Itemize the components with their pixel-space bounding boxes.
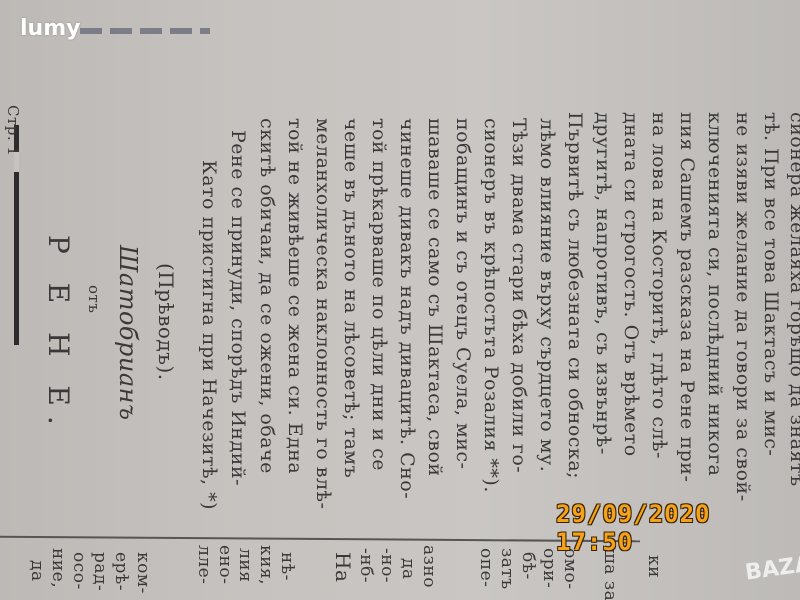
page-ref: Стр. 1 xyxy=(4,105,22,156)
page-edge-print xyxy=(80,28,210,34)
date-timestamp: 29/09/2020 17:50 xyxy=(556,500,800,556)
column-divider xyxy=(0,536,640,542)
newspaper-photo: lumy Стр. 1 да ние, осо- рад- ерѣ- ком- … xyxy=(0,0,800,600)
article-by: отъ xyxy=(85,285,103,313)
article-note: (Прѣводъ). xyxy=(154,263,178,381)
lumy-watermark: lumy xyxy=(20,16,80,41)
article-author: Шатобрианъ xyxy=(114,245,142,420)
article-title: Р Е Н Е. xyxy=(42,235,75,435)
